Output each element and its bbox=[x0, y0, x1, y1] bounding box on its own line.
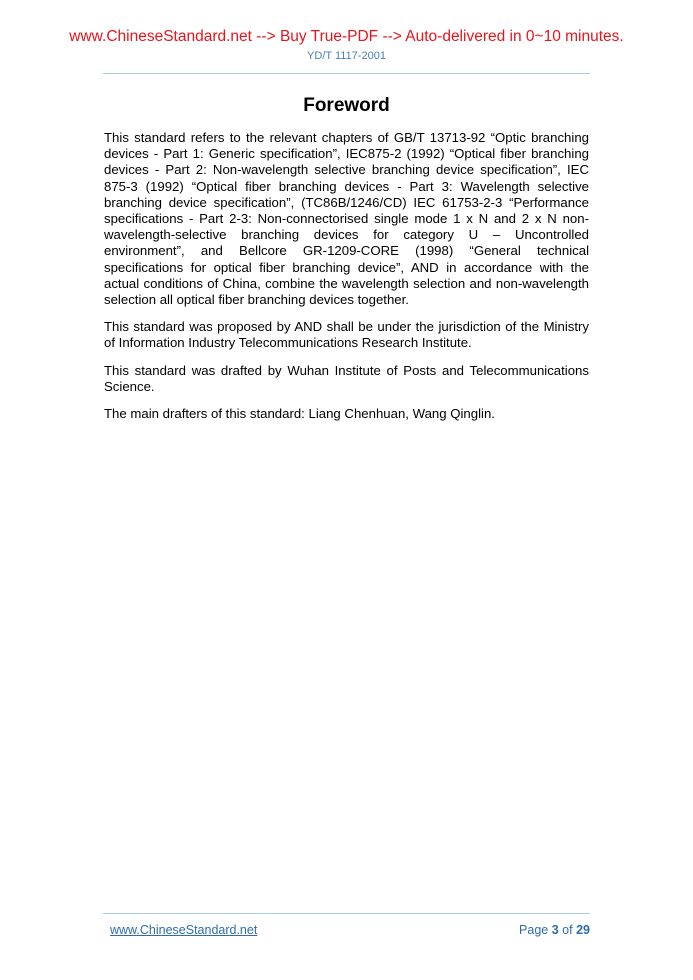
footer-website-link[interactable]: www.ChineseStandard.net bbox=[110, 923, 257, 938]
page-title: Foreword bbox=[0, 95, 693, 117]
paragraph-references: This standard refers to the relevant cha… bbox=[104, 130, 589, 308]
paragraph-drafted-by: This standard was drafted by Wuhan Insti… bbox=[104, 363, 589, 395]
foreword-body: This standard refers to the relevant cha… bbox=[104, 130, 589, 433]
paragraph-drafters: The main drafters of this standard: Lian… bbox=[104, 406, 589, 422]
paragraph-proposed-by: This standard was proposed by AND shall … bbox=[104, 319, 589, 351]
page-of: of bbox=[562, 923, 572, 937]
page-number: Page 3 of 29 bbox=[519, 923, 590, 938]
page-total: 29 bbox=[576, 923, 590, 937]
header-divider bbox=[103, 73, 590, 74]
page-prefix: Page bbox=[519, 923, 548, 937]
promo-banner[interactable]: www.ChineseStandard.net --> Buy True-PDF… bbox=[0, 28, 693, 46]
page-current: 3 bbox=[552, 923, 559, 937]
document-id: YD/T 1117-2001 bbox=[0, 49, 693, 63]
footer-divider bbox=[103, 913, 590, 914]
